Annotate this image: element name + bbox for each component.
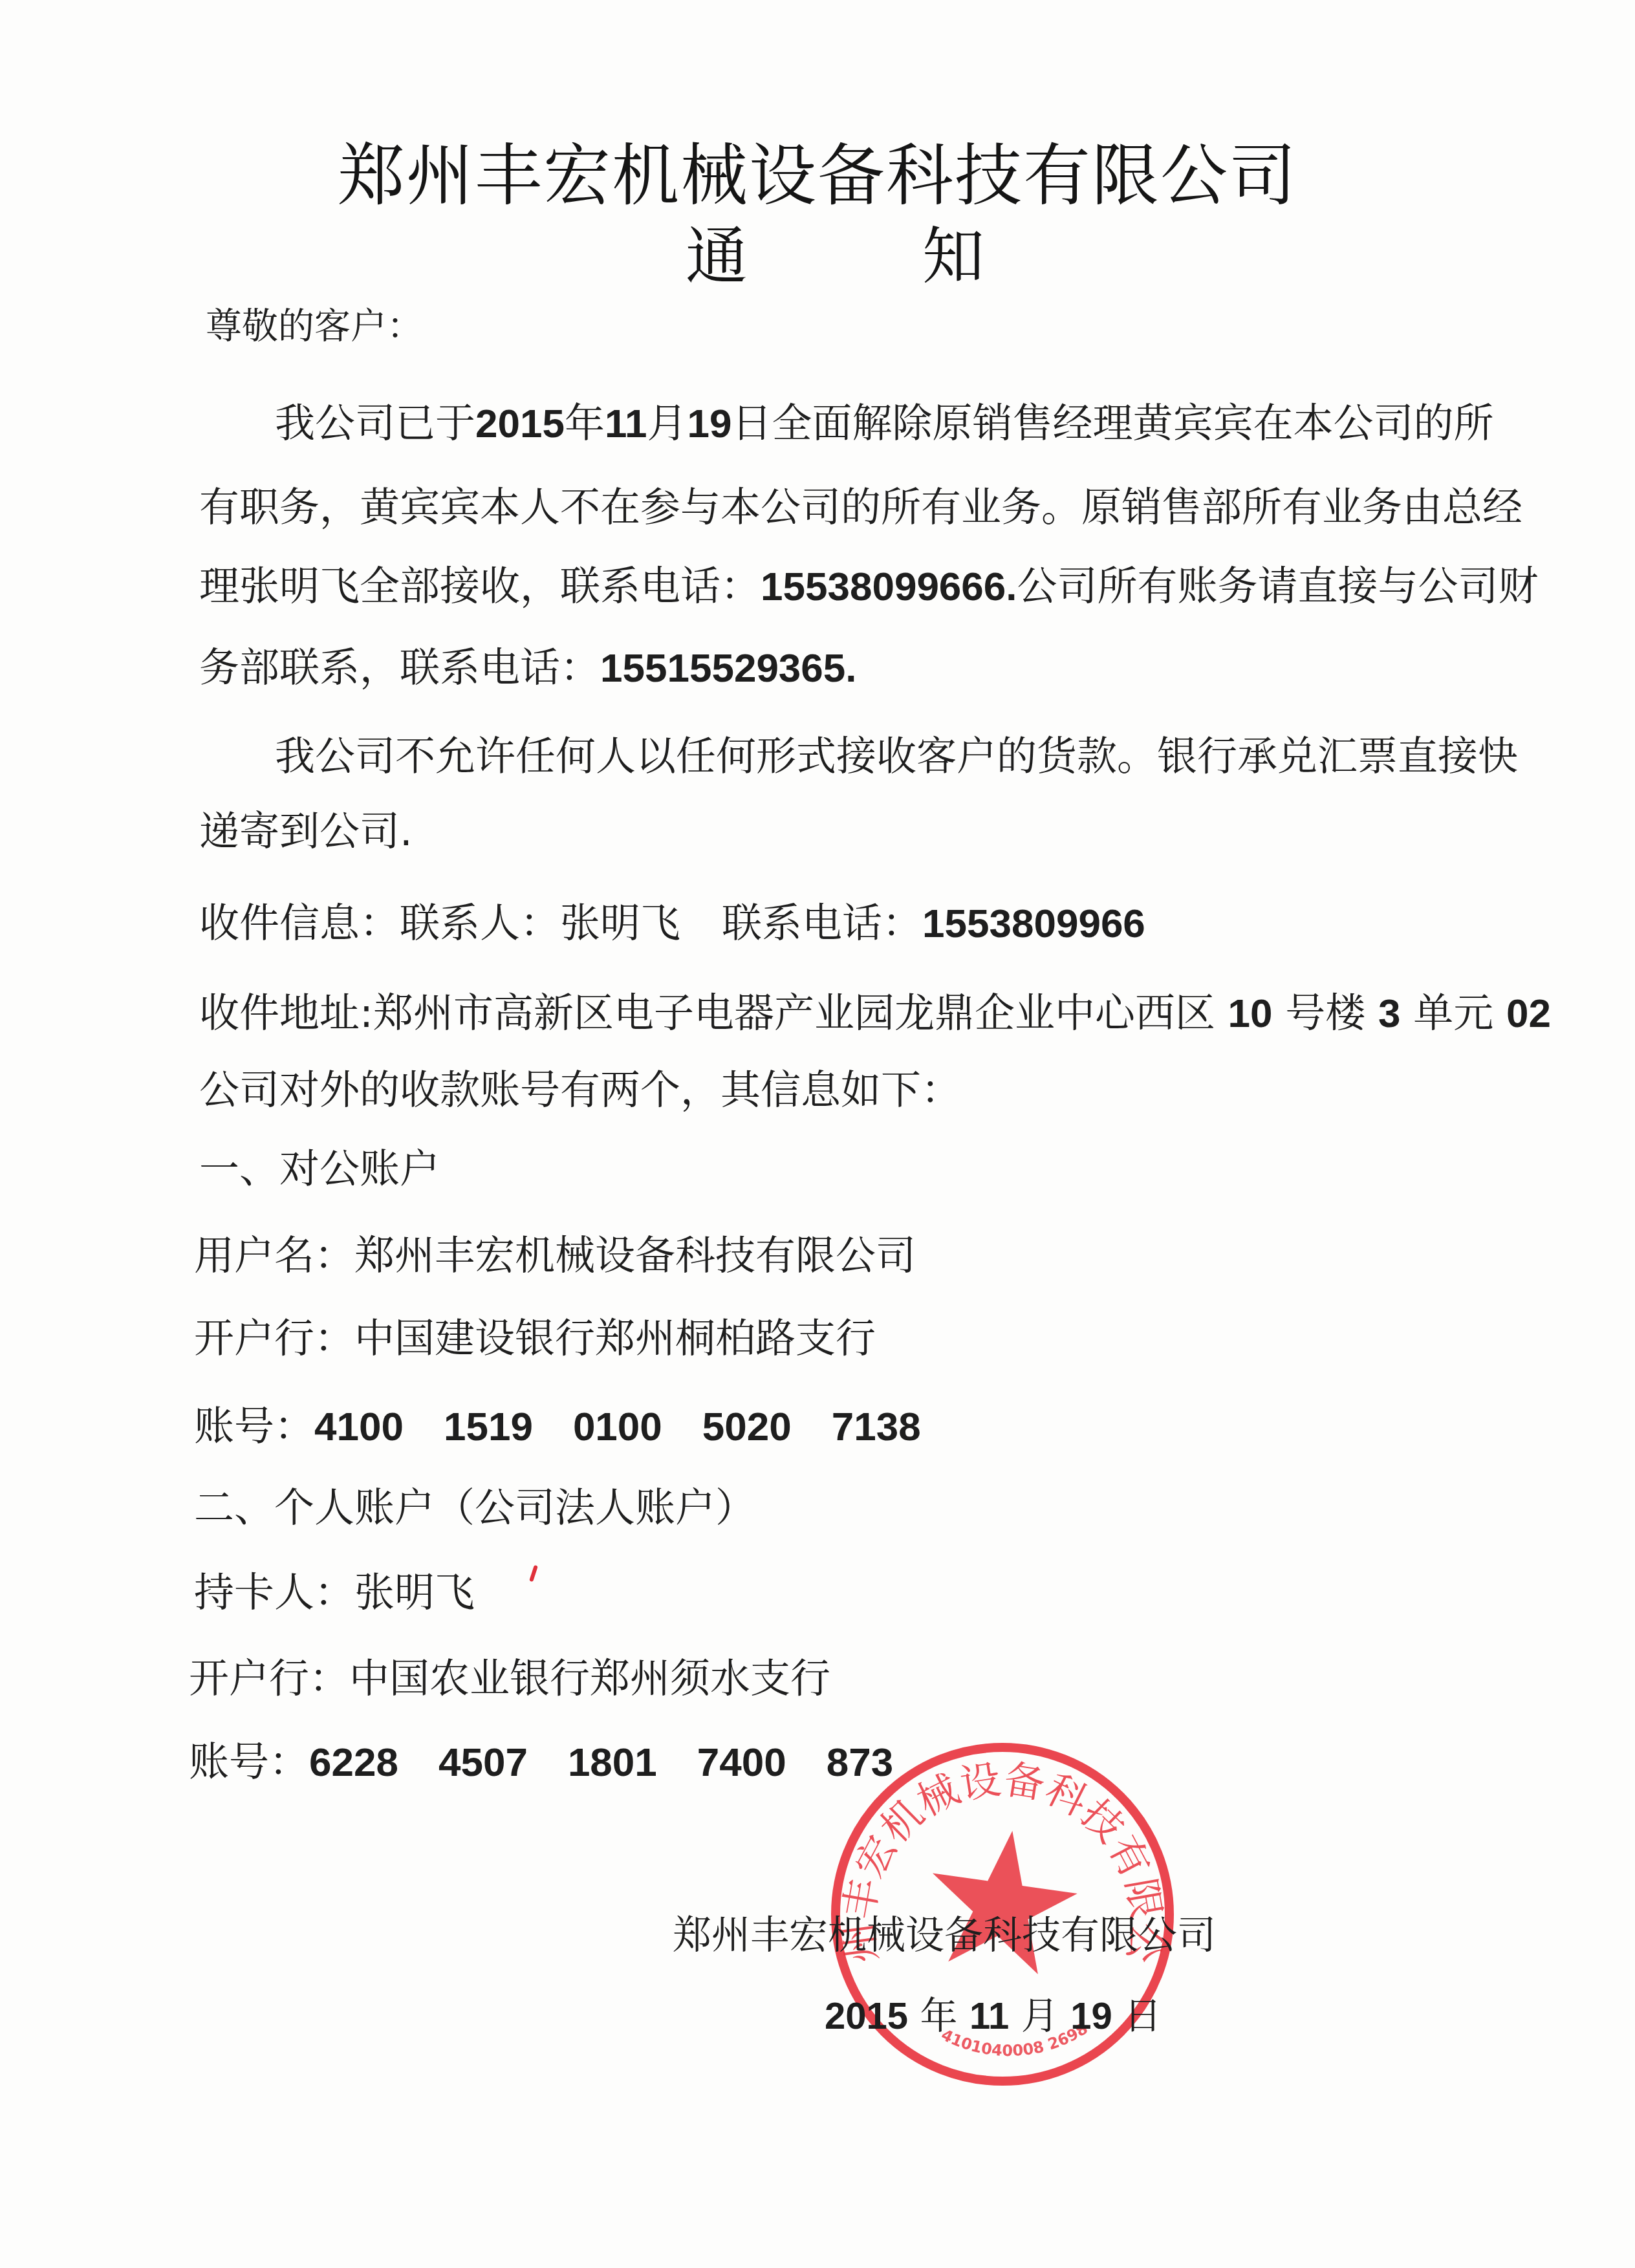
account2-heading: 二、个人账户（公司法人账户） (194, 1476, 755, 1533)
text: 单元 (1413, 989, 1493, 1037)
red-pen-mark (529, 1565, 538, 1582)
receipt-phone: 1553809966 (922, 902, 1145, 946)
account-group: 1801 (568, 1740, 657, 1786)
text: 理张明飞全部接收，联系电话： (199, 563, 761, 610)
paragraph2-line2: 递寄到公司. (199, 799, 413, 857)
account-group: 7400 (697, 1740, 786, 1786)
text: 月 (1021, 1994, 1059, 2038)
salutation: 尊敬的客户： (206, 297, 423, 349)
text: 我公司已于 (275, 400, 475, 447)
account1-number: 账号：41001519010050207138 (194, 1394, 961, 1452)
notice-heading: 通知 (686, 207, 984, 296)
label: 开户行： (189, 1655, 349, 1702)
value: 郑州丰宏机械设备科技有限公司 (354, 1232, 916, 1279)
paragraph1-line3: 理张明飞全部接收，联系电话：15538099666.公司所有账务请直接与公司财 (199, 554, 1539, 612)
label: 账号： (194, 1394, 314, 1452)
value: 张明飞 (354, 1569, 475, 1616)
month: 11 (969, 1995, 1009, 2037)
label: 开户行： (194, 1315, 354, 1362)
text: 务部联系，联系电话： (199, 644, 600, 691)
account-group: 1519 (444, 1404, 533, 1450)
company-title: 郑州丰宏机械设备科技有限公司 (0, 122, 1635, 219)
room-number: 02 (1506, 991, 1551, 1036)
year: 2015 (825, 1995, 908, 2037)
signature-date: 2015 年 11 月 19 日 (825, 1985, 1162, 2040)
account-group: 7138 (832, 1404, 921, 1450)
day: 19 (1070, 1995, 1112, 2037)
text: 日全面解除原销售经理黄宾宾在本公司的所 (732, 400, 1494, 447)
manager-phone: 15538099666. (761, 565, 1017, 609)
text: 号楼 (1285, 989, 1365, 1037)
paragraph1-line4: 务部联系，联系电话：15515529365. (199, 636, 857, 693)
signature-company: 郑州丰宏机械设备科技有限公司 (673, 1905, 1216, 1960)
receipt-info: 收件信息：联系人：张明飞联系电话：1553809966 (199, 891, 1145, 949)
notice-char-1: 通 (686, 207, 748, 296)
notice-char-2: 知 (922, 207, 984, 296)
text: 年 (565, 400, 605, 447)
value: 中国农业银行郑州须水支行 (349, 1655, 830, 1702)
label: 持卡人： (194, 1569, 354, 1616)
account-group: 6228 (309, 1740, 398, 1786)
label: 账号： (189, 1730, 309, 1787)
account2-bank: 开户行：中国农业银行郑州须水支行 (189, 1647, 830, 1704)
account-group: 4100 (314, 1404, 404, 1450)
account-group: 4507 (439, 1740, 528, 1786)
account2-holder: 持卡人：张明飞 (194, 1561, 475, 1618)
paragraph1-line1: 我公司已于2015年11月19日全面解除原销售经理黄宾宾在本公司的所 (275, 391, 1494, 449)
paragraph1-line2: 有职务，黄宾宾本人不在参与本公司的所有业务。原销售部所有业务由总经 (199, 475, 1522, 533)
account-group: 0100 (573, 1404, 662, 1450)
text: 联系电话： (722, 900, 922, 947)
text: 收件信息：联系人：张明飞 (199, 900, 680, 947)
account-group: 5020 (702, 1404, 792, 1450)
value: 中国建设银行郑州桐柏路支行 (354, 1315, 876, 1362)
day: 19 (688, 402, 732, 446)
account1-heading: 一、对公账户 (199, 1137, 440, 1194)
label: 用户名： (194, 1232, 354, 1279)
accounts-intro: 公司对外的收款账号有两个，其信息如下： (199, 1058, 961, 1116)
text: 日 (1124, 1994, 1162, 2038)
building-number: 10 (1228, 991, 1273, 1036)
finance-phone: 15515529365. (600, 646, 857, 691)
account1-bank: 开户行：中国建设银行郑州桐柏路支行 (194, 1306, 876, 1364)
text: 公司所有账务请直接与公司财 (1017, 563, 1539, 610)
month: 11 (605, 402, 647, 446)
year: 2015 (475, 402, 565, 446)
text: 收件地址:郑州市高新区电子电器产业园龙鼎企业中心西区 (199, 989, 1215, 1037)
account1-name: 用户名：郑州丰宏机械设备科技有限公司 (194, 1224, 916, 1281)
text: 年 (920, 1994, 957, 2038)
unit-number: 3 (1378, 991, 1400, 1036)
text: 月 (647, 400, 688, 447)
paragraph2-line1: 我公司不允许任何人以任何形式接收客户的货款。银行承兑汇票直接快 (275, 724, 1518, 782)
receipt-address: 收件地址:郑州市高新区电子电器产业园龙鼎企业中心西区 10 号楼 3 单元 02 (199, 981, 1551, 1039)
